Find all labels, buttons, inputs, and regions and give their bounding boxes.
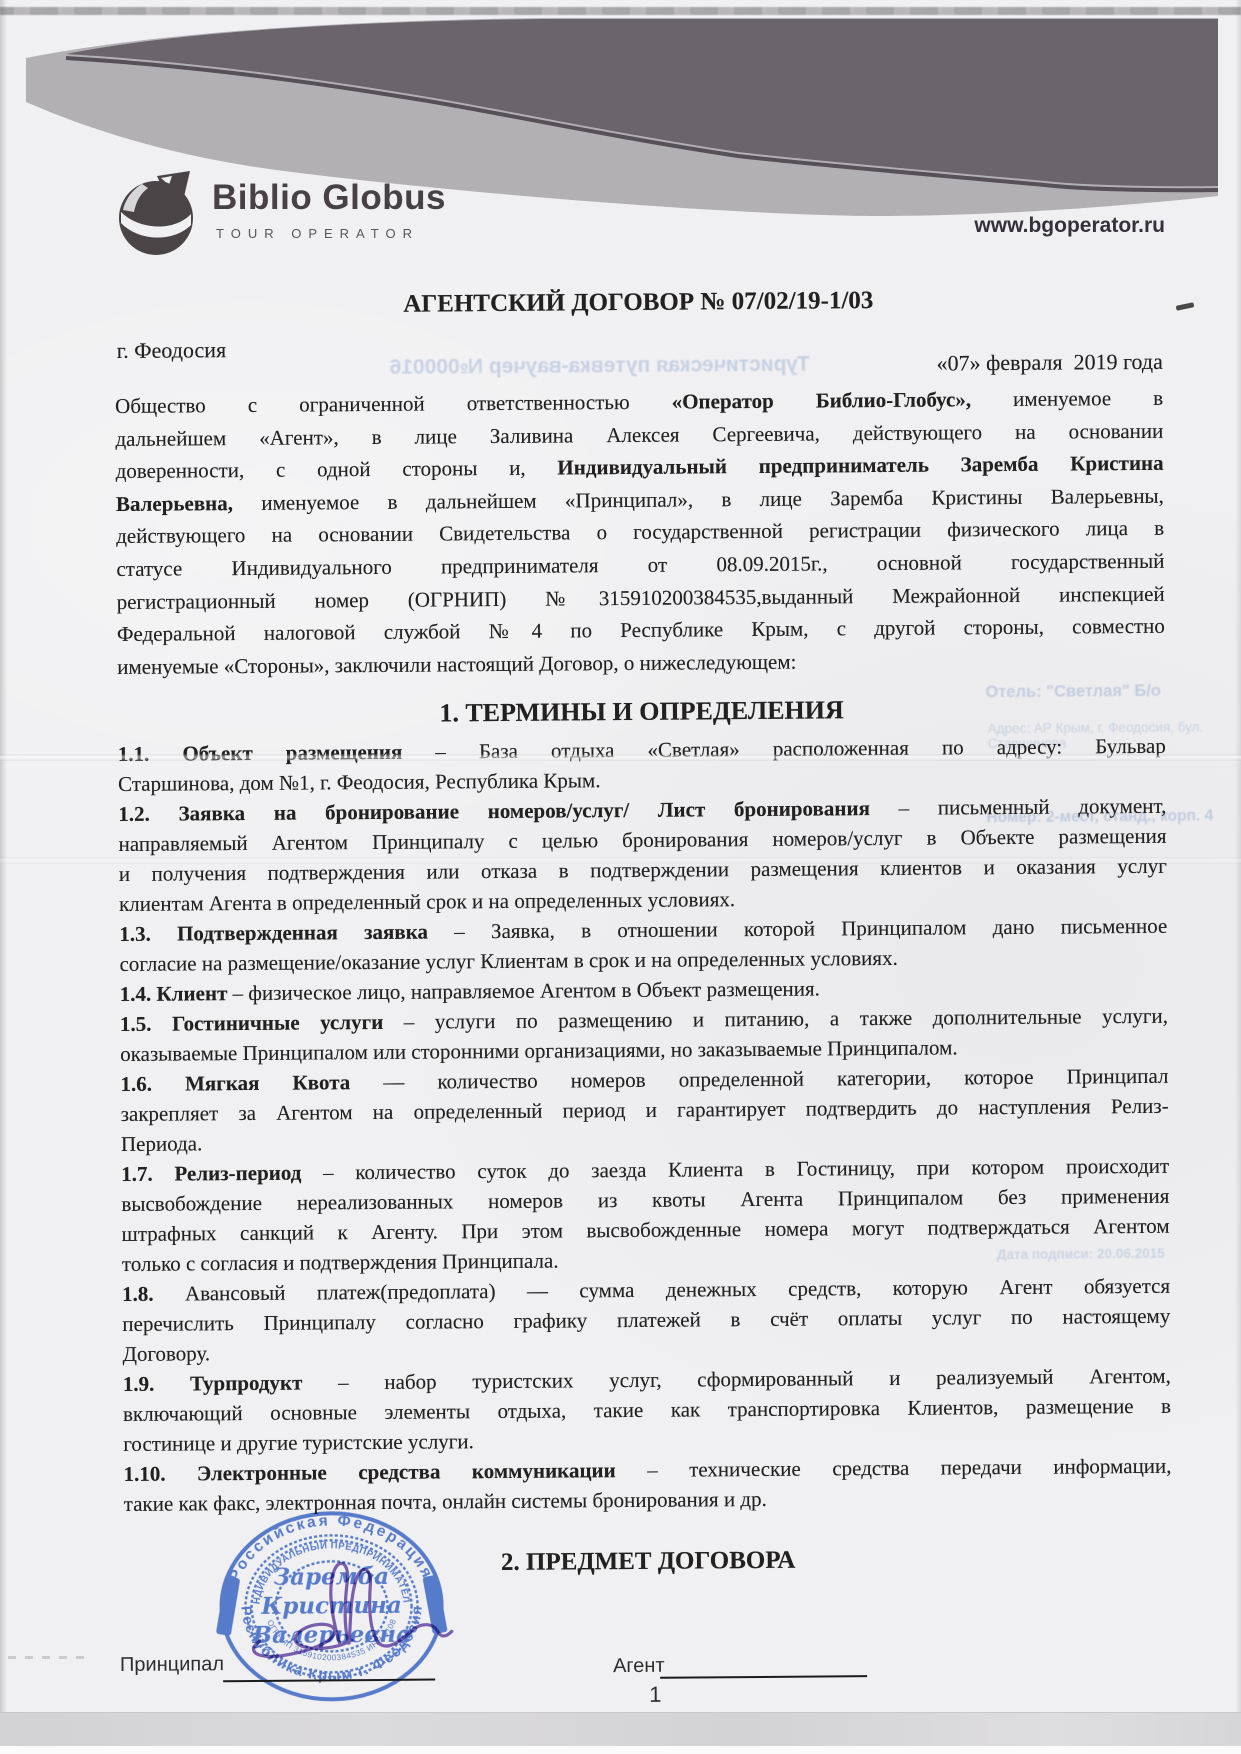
date-line: «07» февраля 2019 года bbox=[115, 349, 1163, 383]
term-item: 1.7. Релиз-период – количество суток до … bbox=[121, 1151, 1170, 1279]
scan-bottom-band bbox=[0, 1712, 1241, 1747]
scan-dotted-marks bbox=[8, 1656, 92, 1659]
scanned-page: Biblio Globus TOUR OPERATOR www.bgoperat… bbox=[0, 0, 1241, 1754]
terms-list: 1.1. Объект размещения – База отдыха «Св… bbox=[118, 731, 1172, 1519]
agent-signature-label: Агент bbox=[613, 1655, 665, 1678]
section1-heading: 1. ТЕРМИНЫ И ОПРЕДЕЛЕНИЯ bbox=[117, 693, 1165, 731]
agent-signature-line bbox=[660, 1675, 867, 1679]
term-item: 1.2. Заявка на бронирование номеров/услу… bbox=[118, 791, 1167, 919]
document-body: Туристическая путевка-ваучер №000016 Оте… bbox=[0, 0, 1241, 1754]
scan-bottom-margin bbox=[0, 1746, 1241, 1754]
preamble-paragraph: Общество с ограниченной ответственностью… bbox=[115, 382, 1165, 684]
document-title: АГЕНТСКИЙ ДОГОВОР № 07/02/19-1/03 bbox=[114, 285, 1162, 321]
term-item: 1.3. Подтвержденная заявка – Заявка, в о… bbox=[119, 911, 1167, 979]
page-number: 1 bbox=[625, 1682, 685, 1708]
term-item: 1.1. Объект размещения – База отдыха «Св… bbox=[118, 731, 1166, 799]
term-item: 1.9. Турпродукт – набор туристских услуг… bbox=[123, 1361, 1172, 1459]
term-item: 1.8. Авансовый платеж(предоплата) — сумм… bbox=[122, 1271, 1171, 1369]
principal-signature-label: Принципал bbox=[120, 1653, 224, 1677]
term-item: 1.5. Гостиничные услуги – услуги по разм… bbox=[120, 1001, 1168, 1069]
term-item: 1.6. Мягкая Квота — количество номеров о… bbox=[120, 1061, 1169, 1159]
handwritten-signature bbox=[237, 1553, 463, 1670]
